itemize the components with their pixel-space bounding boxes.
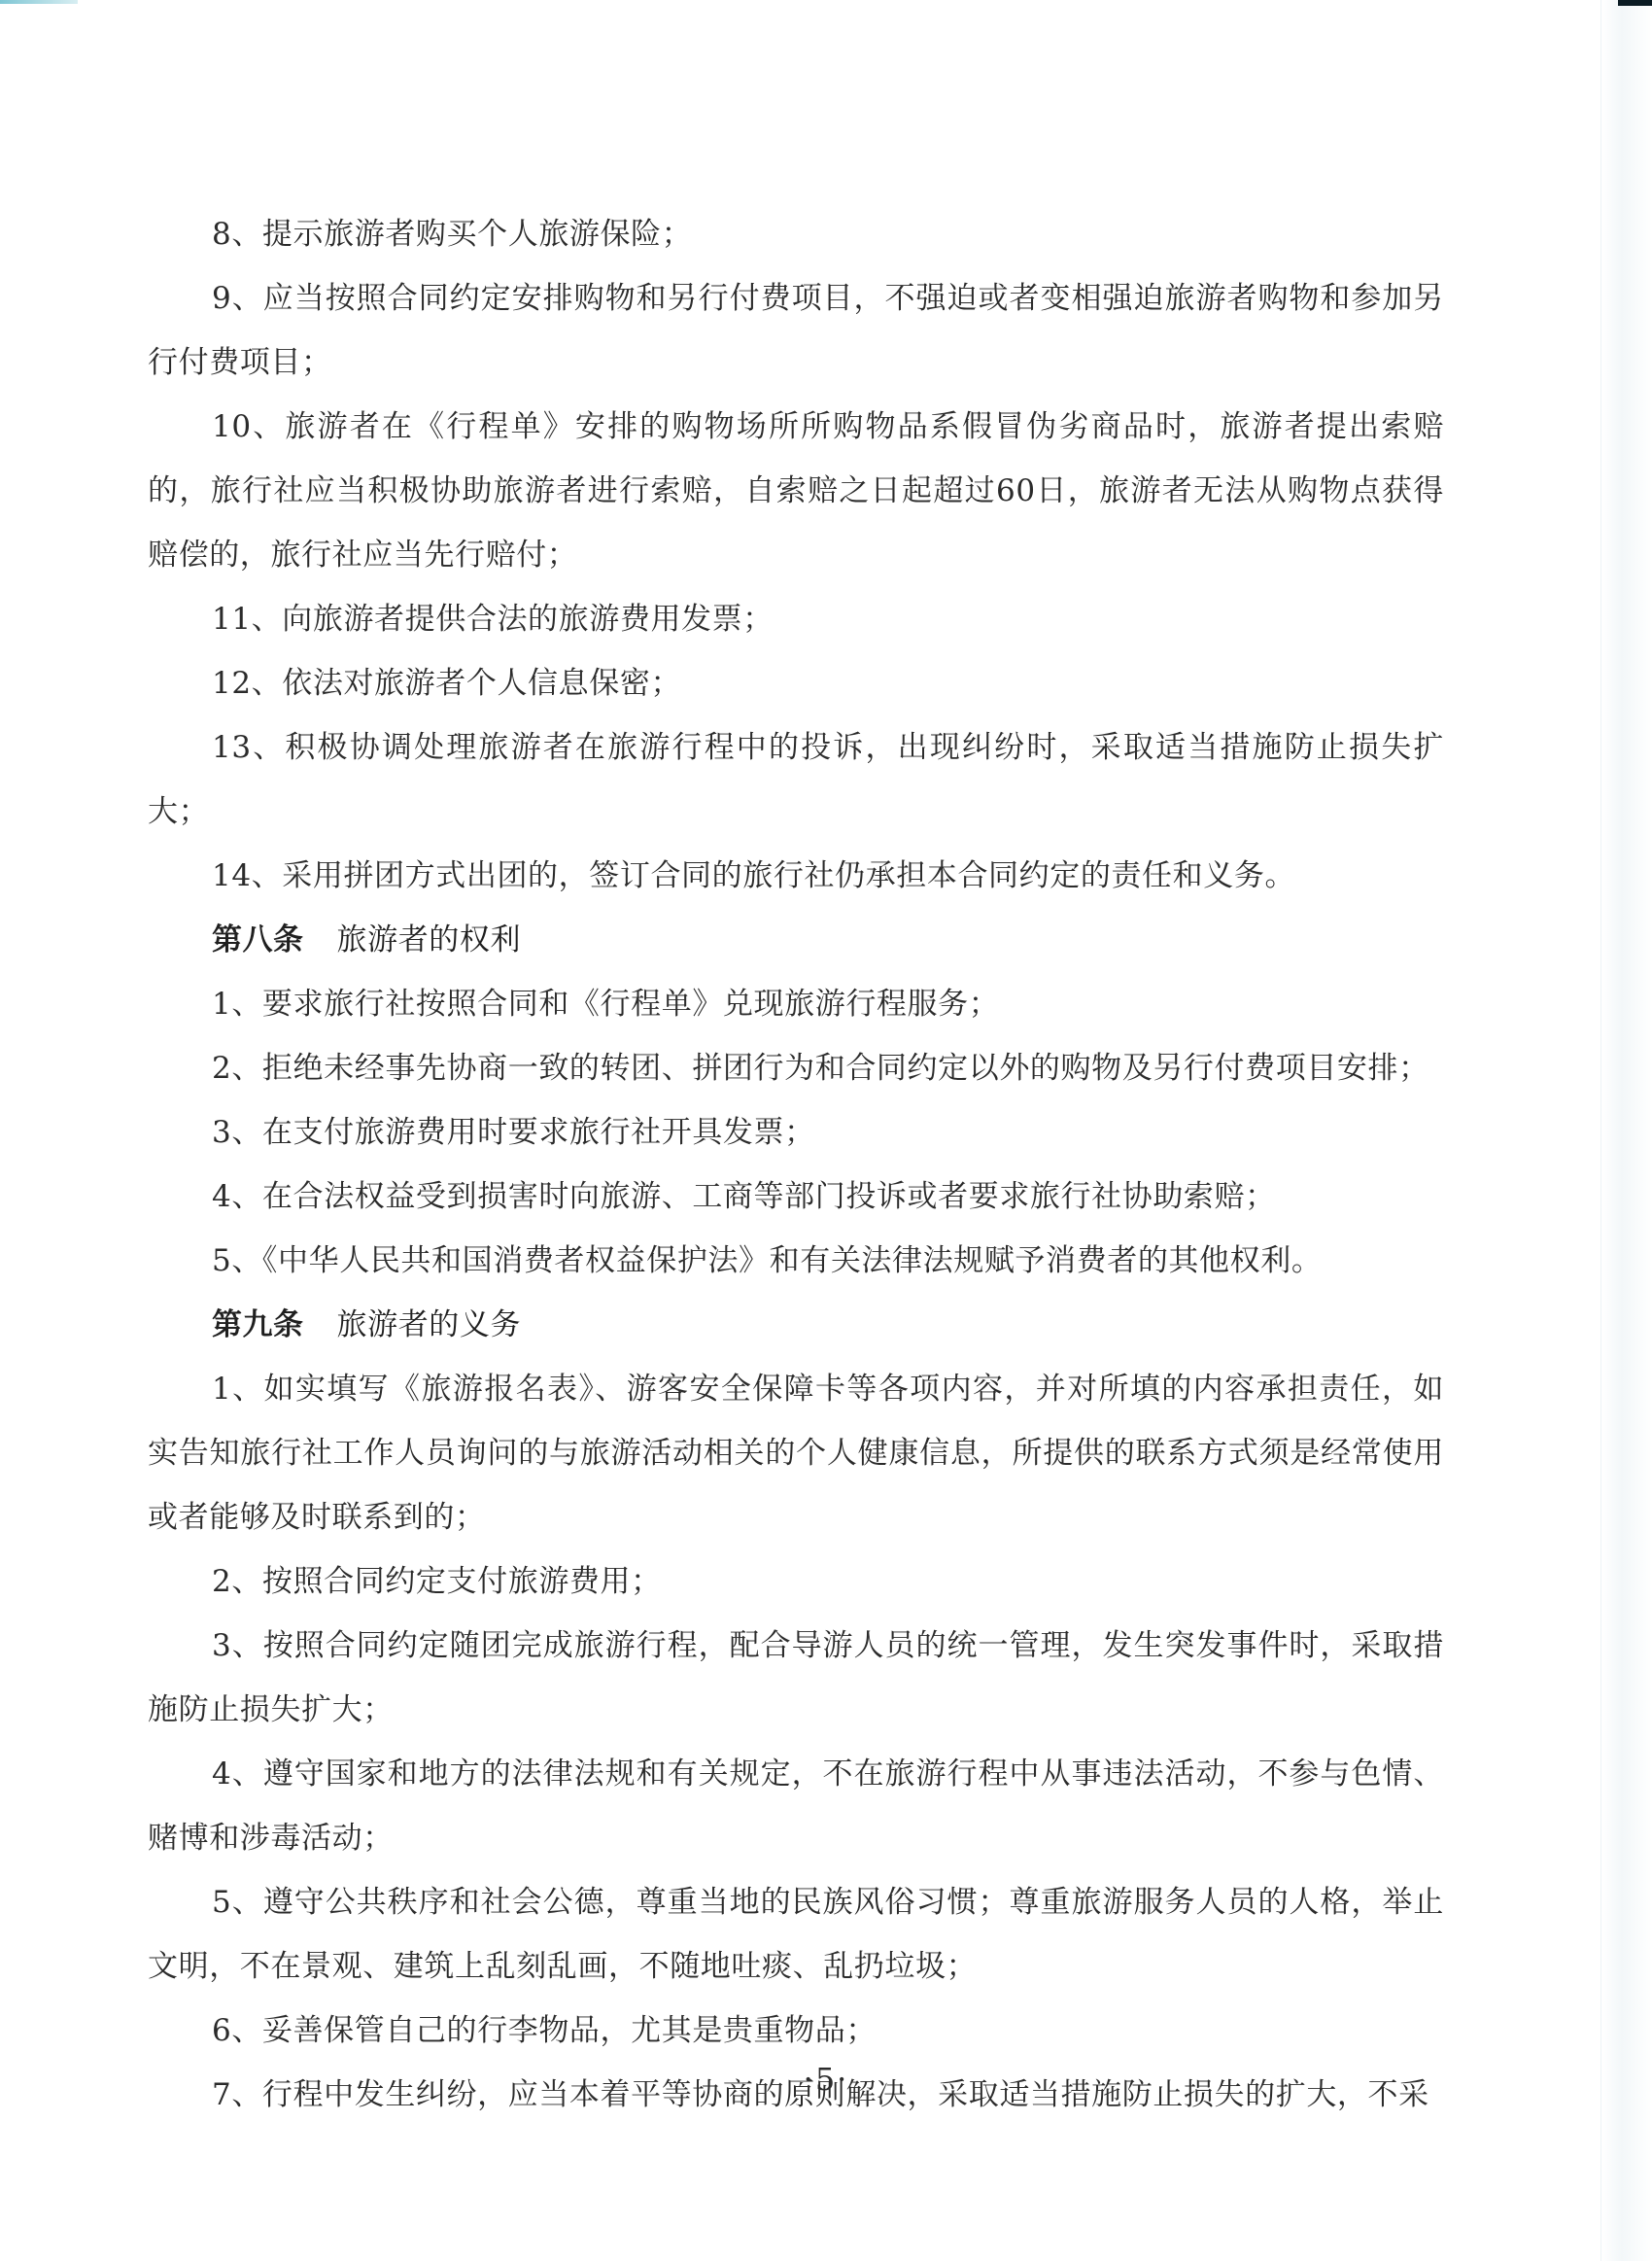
list-item: 1、要求旅行社按照合同和《行程单》兑现旅游行程服务；	[148, 972, 1444, 1036]
list-item: 14、采用拼团方式出团的，签订合同的旅行社仍承担本合同约定的责任和义务。	[148, 844, 1444, 908]
list-item: 5、《中华人民共和国消费者权益保护法》和有关法律法规赋予消费者的其他权利。	[148, 1229, 1444, 1293]
agency-obligations-continued: 8、提示旅游者购买个人旅游保险； 9、应当按照合同约定安排购物和另行付费项目，不…	[148, 202, 1444, 908]
article-9-tourist-obligations: 第九条旅游者的义务 1、如实填写《旅游报名表》、游客安全保障卡等各项内容，并对所…	[148, 1293, 1444, 2127]
list-item: 2、按照合同约定支付旅游费用；	[148, 1549, 1444, 1614]
list-item: 2、拒绝未经事先协商一致的转团、拼团行为和合同约定以外的购物及另行付费项目安排；	[148, 1036, 1444, 1100]
article-heading: 第八条旅游者的权利	[148, 908, 1444, 972]
list-item: 6、妥善保管自己的行李物品，尤其是贵重物品；	[148, 1999, 1444, 2063]
list-item: 10、旅游者在《行程单》安排的购物场所所购物品系假冒伪劣商品时，旅游者提出索赔的…	[148, 395, 1444, 587]
scan-edge-right	[1600, 0, 1652, 2261]
article-title: 旅游者的权利	[337, 922, 522, 957]
list-item: 8、提示旅游者购买个人旅游保险；	[148, 202, 1444, 266]
list-item: 4、遵守国家和地方的法律法规和有关规定，不在旅游行程中从事违法活动，不参与色情、…	[148, 1742, 1444, 1870]
article-8-tourist-rights: 第八条旅游者的权利 1、要求旅行社按照合同和《行程单》兑现旅游行程服务； 2、拒…	[148, 908, 1444, 1293]
list-item: 5、遵守公共秩序和社会公德，尊重当地的民族风俗习惯；尊重旅游服务人员的人格，举止…	[148, 1870, 1444, 1999]
document-page: 8、提示旅游者购买个人旅游保险； 9、应当按照合同约定安排购物和另行付费项目，不…	[148, 202, 1444, 2127]
article-heading: 第九条旅游者的义务	[148, 1293, 1444, 1357]
list-item: 9、应当按照合同约定安排购物和另行付费项目，不强迫或者变相强迫旅游者购物和参加另…	[148, 266, 1444, 395]
list-item: 4、在合法权益受到损害时向旅游、工商等部门投诉或者要求旅行社协助索赔；	[148, 1165, 1444, 1229]
list-item: 3、按照合同约定随团完成旅游行程，配合导游人员的统一管理，发生突发事件时，采取措…	[148, 1614, 1444, 1742]
article-number: 第八条	[212, 922, 304, 957]
page-number: ·5·	[0, 2061, 1652, 2098]
scan-corner-mark	[1618, 0, 1652, 6]
list-item: 13、积极协调处理旅游者在旅游行程中的投诉，出现纠纷时，采取适当措施防止损失扩大…	[148, 715, 1444, 844]
list-item: 12、依法对旅游者个人信息保密；	[148, 651, 1444, 715]
article-title: 旅游者的义务	[337, 1307, 522, 1342]
article-number: 第九条	[212, 1307, 304, 1342]
list-item: 3、在支付旅游费用时要求旅行社开具发票；	[148, 1100, 1444, 1165]
list-item: 11、向旅游者提供合法的旅游费用发票；	[148, 587, 1444, 651]
list-item: 1、如实填写《旅游报名表》、游客安全保障卡等各项内容，并对所填的内容承担责任，如…	[148, 1357, 1444, 1549]
scan-edge-top	[0, 0, 78, 4]
